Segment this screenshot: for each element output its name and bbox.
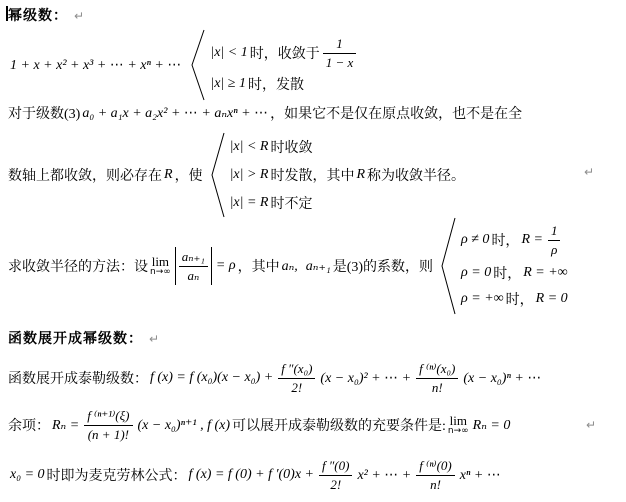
radius-case-diverge: |x| > R 时发散，其中 R 称为收敛半径。 (228, 165, 465, 185)
taylor-series-line: 函数展开成泰勒级数： f (x) = f (x₀)(x − x₀) + f ″(… (8, 356, 543, 400)
case1-result: R = (521, 232, 543, 248)
fraction-numerator: f ⁽ⁿ⁾(0) (416, 458, 455, 476)
case3-result: R = 0 (536, 291, 568, 307)
cases-brace-icon (191, 29, 206, 101)
fraction-denominator: aₙ (179, 267, 208, 284)
radius-case-converge: |x| < R 时收敛 (228, 137, 465, 157)
fraction-numerator: f ⁽ⁿ⁺¹⁾(ξ) (84, 408, 132, 426)
case3-text: 时， (506, 289, 534, 309)
fraction-denominator: 2! (278, 379, 315, 396)
cases-brace-icon (211, 132, 226, 218)
radius-case2-symbol-R: R (356, 167, 365, 183)
document-page: 幂级数：↵ 1 + x + x² + x³ + ⋯ + xⁿ + ⋯ |x| <… (0, 0, 626, 502)
remainder-formula-part1: Rₙ = (52, 417, 79, 434)
maclaurin-formula-part2: x² + ⋯ + (357, 467, 411, 484)
fraction-denominator: 2! (319, 476, 352, 493)
fraction-numerator: f ″(0) (319, 458, 352, 476)
fraction-denominator: 1 − x (323, 54, 357, 71)
case-diverge-text: 时，发散 (248, 74, 304, 94)
method-symbol-an: aₙ, (282, 258, 298, 275)
fraction-fn-over-nfact: f ⁽ⁿ⁾(0) n! (416, 458, 455, 492)
radius-case2-text: 时发散，其中 (270, 165, 354, 185)
fraction-f2-over-2fact: f ″(x₀) 2! (278, 361, 315, 395)
radius-cases: |x| < R 时收敛 |x| > R 时发散，其中 R 称为收敛半径。 |x|… (228, 137, 465, 213)
method-text-1: 求收敛半径的方法：设 (8, 256, 148, 276)
method-symbol-an1: aₙ₊₁ (306, 258, 331, 275)
radius-block: 数轴上都收敛，则必存在 R ，使 |x| < R 时收敛 |x| > R 时发散… (8, 130, 465, 220)
remainder-line: 余项： Rₙ = f ⁽ⁿ⁺¹⁾(ξ) (n + 1)! (x − x₀)ⁿ⁺¹… (8, 402, 512, 448)
radius-case2-condition: |x| > R (230, 167, 269, 183)
method-case-rho-nonzero: ρ ≠ 0 时， R = 1 ρ (459, 223, 570, 257)
geometric-series-cases: |x| < 1 时，收敛于 1 1 − x |x| ≥ 1 时，发散 (208, 36, 359, 94)
fraction-fn1-over-n1fact: f ⁽ⁿ⁺¹⁾(ξ) (n + 1)! (84, 408, 132, 442)
maclaurin-formula-part1: f (x) = f (0) + f ′(0)x + (189, 467, 314, 483)
fraction-numerator: f ″(x₀) (278, 361, 315, 379)
series-definition-prefix: 对于级数(3) (8, 103, 80, 123)
radius-case-undetermined: |x| = R 时不定 (228, 193, 465, 213)
series-definition-suffix: ，如果它不是仅在原点收敛，也不是在全 (270, 103, 522, 123)
taylor-formula-part2: (x − x₀)² + ⋯ + (320, 370, 411, 387)
heading-power-series: 幂级数：↵ (8, 5, 85, 25)
paragraph-series-definition: 对于级数(3) a₀ + a₁x + a₂x² + ⋯ + aₙxⁿ + ⋯ ，… (8, 101, 522, 125)
taylor-text: 函数展开成泰勒级数： (8, 368, 148, 388)
fraction-denominator: n! (416, 379, 458, 396)
heading-expand-label: 函数展开成幂级数： (8, 332, 143, 347)
taylor-formula-part3: (x − x₀)ⁿ + ⋯ (463, 370, 541, 387)
heading-expand-power-series: 函数展开成幂级数：↵ (8, 328, 160, 348)
maclaurin-formula-part3: xⁿ + ⋯ (460, 467, 501, 484)
remainder-formula-part2: (x − x₀)ⁿ⁺¹ , f (x) (138, 417, 231, 434)
fraction-numerator: 1 (548, 223, 561, 241)
maclaurin-condition: x₀ = 0 (10, 467, 45, 483)
fraction-f2-over-2fact: f ″(0) 2! (319, 458, 352, 492)
case-converge: |x| < 1 时，收敛于 1 1 − x (208, 36, 359, 70)
heading-power-series-label: 幂级数： (8, 9, 68, 24)
fraction-denominator: (n + 1)! (84, 426, 132, 443)
case-converge-condition: |x| < 1 (210, 45, 247, 61)
method-case-rho-zero: ρ = 0 时， R = +∞ (459, 263, 570, 283)
fraction-numerator: aₙ₊₁ (179, 249, 208, 267)
limit-operator: lim n→∞ (150, 255, 171, 277)
paragraph-mark-icon: ↵ (74, 9, 85, 23)
method-equals-rho: = ρ (216, 258, 236, 274)
fraction-fn-over-nfact: f ⁽ⁿ⁾(x₀) n! (416, 361, 458, 395)
case2-result: R = +∞ (523, 265, 567, 281)
case2-condition: ρ = 0 (461, 265, 491, 281)
method-text-3: 是(3)的系数，则 (333, 256, 433, 276)
geometric-series-formula: 1 + x + x² + x³ + ⋯ + xⁿ + ⋯ (10, 57, 181, 74)
maclaurin-text: 时即为麦克劳林公式： (47, 465, 187, 485)
remainder-text-1: 余项： (8, 415, 50, 435)
paragraph-mark-icon: ↵ (149, 332, 160, 346)
series-general-formula: a₀ + a₁x + a₂x² + ⋯ + aₙxⁿ + ⋯ (82, 105, 268, 122)
case-diverge-condition: |x| ≥ 1 (210, 76, 246, 92)
case1-text: 时， (491, 230, 519, 250)
radius-case1-text: 时收敛 (270, 137, 312, 157)
cases-brace-icon (441, 217, 457, 315)
remainder-text-2: 可以展开成泰勒级数的充要条件是: (232, 415, 446, 435)
taylor-formula-part1: f (x) = f (x₀)(x − x₀) + (150, 370, 273, 386)
method-text-2: ，其中 (238, 256, 280, 276)
limit-operator: lim n→∞ (448, 414, 469, 436)
fraction-denominator: ρ (548, 241, 561, 258)
radius-case3-text: 时不定 (270, 193, 312, 213)
geometric-series-block: 1 + x + x² + x³ + ⋯ + xⁿ + ⋯ |x| < 1 时，收… (8, 27, 359, 103)
radius-symbol-R: R (164, 167, 173, 183)
absolute-value-fraction: aₙ₊₁ aₙ (175, 247, 212, 285)
fraction-denominator: n! (416, 476, 455, 493)
limit-subscript: n→∞ (150, 268, 171, 277)
paragraph-mark-icon: ↵ (584, 165, 594, 179)
case-converge-text: 时，收敛于 (250, 43, 320, 63)
case-diverge: |x| ≥ 1 时，发散 (208, 74, 359, 94)
fraction-numerator: 1 (323, 36, 357, 54)
radius-text-2: ，使 (175, 165, 203, 185)
limit-subscript: n→∞ (448, 427, 469, 436)
case2-text: 时， (493, 263, 521, 283)
maclaurin-line: x₀ = 0 时即为麦克劳林公式： f (x) = f (0) + f ′(0)… (8, 452, 503, 498)
case1-condition: ρ ≠ 0 (461, 232, 489, 248)
radius-case2-text-2: 称为收敛半径。 (367, 165, 465, 185)
radius-case1-condition: |x| < R (230, 139, 269, 155)
method-cases: ρ ≠ 0 时， R = 1 ρ ρ = 0 时， R = +∞ ρ = +∞ … (459, 223, 570, 309)
method-block: 求收敛半径的方法：设 lim n→∞ aₙ₊₁ aₙ = ρ ，其中 aₙ, a… (8, 216, 570, 316)
case3-condition: ρ = +∞ (461, 291, 504, 307)
radius-case3-condition: |x| = R (230, 195, 269, 211)
method-case-rho-infinity: ρ = +∞ 时， R = 0 (459, 289, 570, 309)
fraction-one-over-one-minus-x: 1 1 − x (323, 36, 357, 70)
radius-text-1: 数轴上都收敛，则必存在 (8, 165, 162, 185)
fraction-numerator: f ⁽ⁿ⁾(x₀) (416, 361, 458, 379)
fraction-one-over-rho: 1 ρ (548, 223, 561, 257)
fraction-an1-over-an: aₙ₊₁ aₙ (179, 249, 208, 283)
paragraph-mark-icon: ↵ (586, 418, 596, 432)
remainder-formula-part3: Rₙ = 0 (473, 417, 511, 434)
